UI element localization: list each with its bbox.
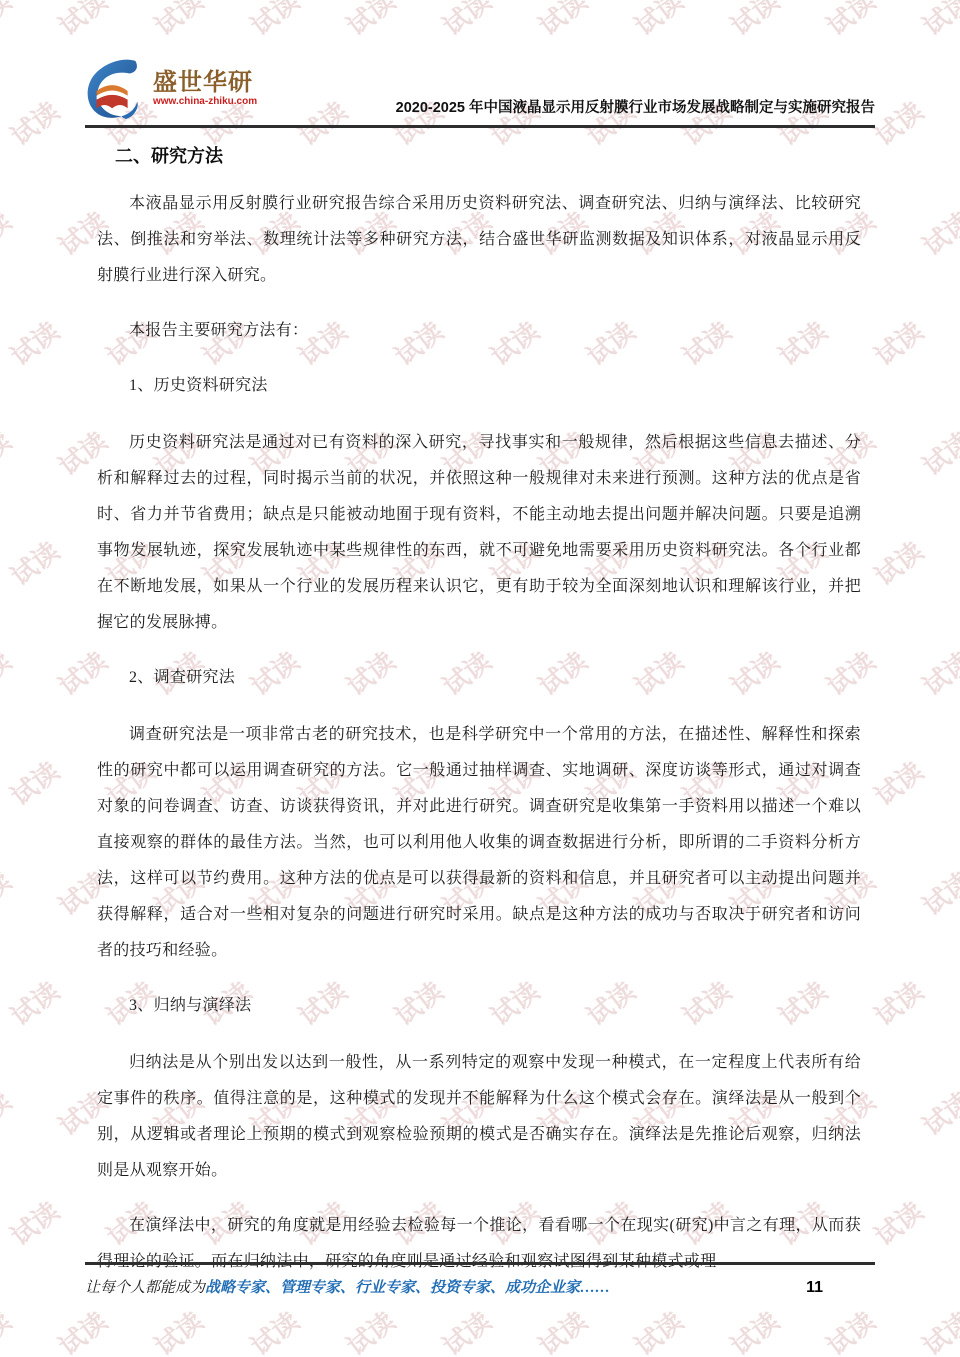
page-header: 盛世华研 www.china-zhiku.com 2020-2025 年中国液晶… (85, 58, 875, 128)
watermark-text: 试读 (434, 1302, 498, 1357)
page-number: 11 (806, 1279, 875, 1297)
page-sheet: 盛世华研 www.china-zhiku.com 2020-2025 年中国液晶… (0, 0, 960, 1280)
logo-swirl-book-icon (85, 58, 147, 120)
method-subheading: 2、调查研究法 (97, 660, 861, 696)
document-page: 试读试读试读试读试读试读试读试读试读试读试读试读试读试读试读试读试读试读试读试读… (0, 0, 960, 1357)
watermark-text: 试读 (530, 1302, 594, 1357)
watermark-text: 试读 (818, 1302, 882, 1357)
section-heading: 二、研究方法 (115, 142, 875, 168)
watermark-text: 试读 (626, 1302, 690, 1357)
body-paragraph: 调查研究法是一项非常古老的研究技术，也是科学研究中一个常用的方法，在描述性、解释… (97, 717, 861, 969)
logo-company-name: 盛世华研 (153, 70, 257, 95)
watermark-text: 试读 (338, 1302, 402, 1357)
report-body: 本液晶显示用反射膜行业研究报告综合采用历史资料研究法、调查研究法、归纳与演绎法、… (85, 186, 875, 1280)
body-paragraph: 历史资料研究法是通过对已有资料的深入研究，寻找事实和一般规律，然后根据这些信息去… (97, 425, 861, 641)
report-title: 2020-2025 年中国液晶显示用反射膜行业市场发展战略制定与实施研究报告 (396, 96, 875, 120)
footer-slogan-highlight: 战略专家、管理专家、行业专家、投资专家、成功企业家…… (205, 1280, 610, 1296)
footer-slogan: 让每个人都能成为战略专家、管理专家、行业专家、投资专家、成功企业家…… (85, 1276, 610, 1297)
logo-text-block: 盛世华研 www.china-zhiku.com (153, 70, 257, 108)
company-logo: 盛世华研 www.china-zhiku.com (85, 58, 257, 120)
watermark-text: 试读 (0, 1302, 18, 1357)
watermark-text: 试读 (242, 1302, 306, 1357)
body-paragraph: 本液晶显示用反射膜行业研究报告综合采用历史资料研究法、调查研究法、归纳与演绎法、… (97, 186, 861, 294)
logo-website-url: www.china-zhiku.com (153, 97, 257, 108)
body-paragraph: 归纳法是从个别出发以达到一般性，从一系列特定的观察中发现一种模式，在一定程度上代… (97, 1045, 861, 1189)
watermark-text: 试读 (146, 1302, 210, 1357)
footer-slogan-prefix: 让每个人都能成为 (85, 1280, 205, 1296)
watermark-text: 试读 (722, 1302, 786, 1357)
method-subheading: 3、归纳与演绎法 (97, 988, 861, 1024)
watermark-text: 试读 (914, 1302, 960, 1357)
watermark-text: 试读 (50, 1302, 114, 1357)
method-subheading: 1、历史资料研究法 (97, 368, 861, 404)
body-paragraph: 本报告主要研究方法有： (97, 313, 861, 349)
page-footer: 让每个人都能成为战略专家、管理专家、行业专家、投资专家、成功企业家…… 11 (85, 1262, 875, 1297)
